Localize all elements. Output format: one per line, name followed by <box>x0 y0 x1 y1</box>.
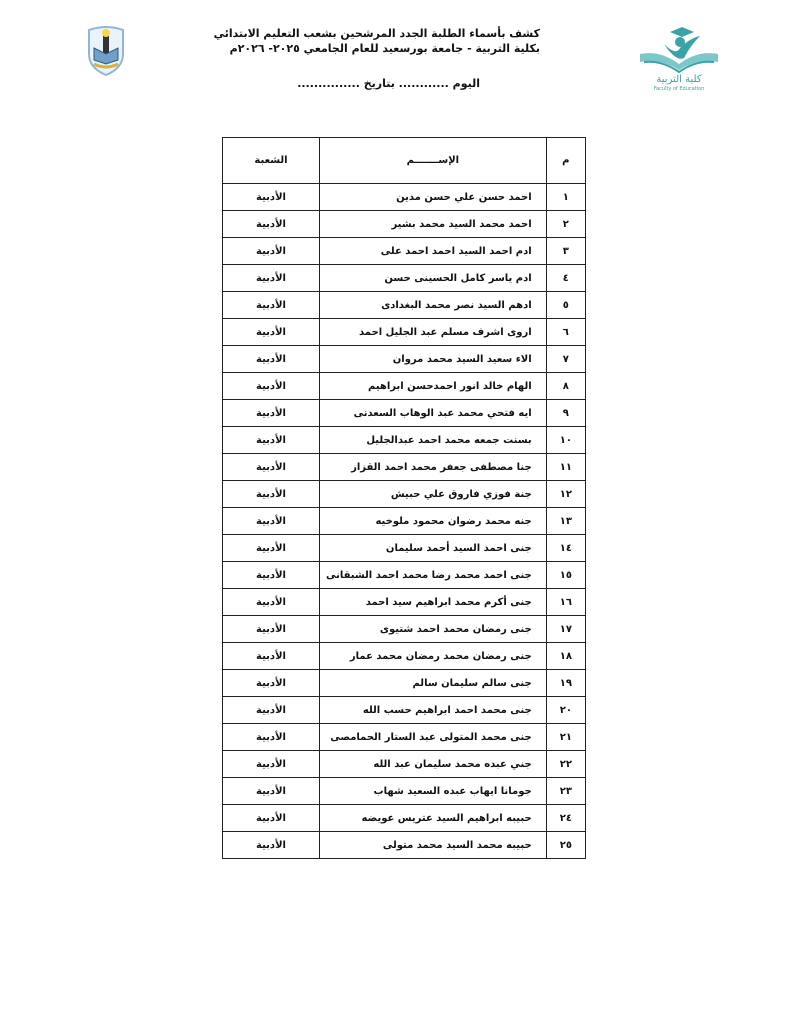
student-name: جنا مصطفى جعفر محمد احمد القزاز <box>320 454 547 481</box>
branch: الأدبية <box>223 832 320 859</box>
student-name: جنى محمد احمد ابراهيم حسب الله <box>320 697 547 724</box>
student-name: جنى رمضان محمد رمضان محمد عمار <box>320 643 547 670</box>
table-row: ٣ادم احمد السيد احمد احمد علىالأدبية <box>223 238 586 265</box>
table-row: ٢٣جومانا ايهاب عبده السعيد شهابالأدبية <box>223 778 586 805</box>
branch: الأدبية <box>223 643 320 670</box>
table-row: ٢٢جني عبده محمد سليمان عبد اللهالأدبية <box>223 751 586 778</box>
student-name: جنى رمضان محمد احمد شتيوى <box>320 616 547 643</box>
table-header-row: م الإســـــــم الشعبة <box>223 138 586 184</box>
date-line: اليوم ............ بتاريخ ..............… <box>300 77 480 90</box>
student-name: احمد حسن علي حسن مدين <box>320 184 547 211</box>
row-number: ٢ <box>546 211 585 238</box>
header-number: م <box>546 138 585 184</box>
open-book-graduate-icon: كلية التربية Faculty of Education <box>634 24 724 92</box>
table-row: ٦اروى اشرف مسلم عبد الجليل احمدالأدبية <box>223 319 586 346</box>
row-number: ٤ <box>546 265 585 292</box>
header-branch: الشعبة <box>223 138 320 184</box>
row-number: ١٧ <box>546 616 585 643</box>
shield-emblem-icon <box>86 24 126 76</box>
row-number: ٨ <box>546 373 585 400</box>
table-row: ٨الهام خالد انور احمدحسن ابراهيمالأدبية <box>223 373 586 400</box>
student-name: ادم احمد السيد احمد احمد على <box>320 238 547 265</box>
row-number: ١ <box>546 184 585 211</box>
table-row: ١٦جنى أكرم محمد ابراهيم سيد احمدالأدبية <box>223 589 586 616</box>
table-row: ٢احمد محمد السيد محمد بشيرالأدبية <box>223 211 586 238</box>
table-row: ٧الاء سعيد السيد محمد مروانالأدبية <box>223 346 586 373</box>
table-row: ١احمد حسن علي حسن مدينالأدبية <box>223 184 586 211</box>
row-number: ١٩ <box>546 670 585 697</box>
row-number: ٥ <box>546 292 585 319</box>
branch: الأدبية <box>223 454 320 481</box>
table-row: ١٥جنى احمد محمد رضا محمد احمد الشبقانىال… <box>223 562 586 589</box>
row-number: ٦ <box>546 319 585 346</box>
student-name: حبيبه ابراهيم السيد عتريس عويضه <box>320 805 547 832</box>
student-name: احمد محمد السيد محمد بشير <box>320 211 547 238</box>
student-name: جومانا ايهاب عبده السعيد شهاب <box>320 778 547 805</box>
student-name: جنى احمد محمد رضا محمد احمد الشبقانى <box>320 562 547 589</box>
student-name: جنى أكرم محمد ابراهيم سيد احمد <box>320 589 547 616</box>
title-line-2: بكلية التربية - جامعة بورسعيد للعام الجا… <box>240 41 540 56</box>
branch: الأدبية <box>223 535 320 562</box>
table-row: ٢٠جنى محمد احمد ابراهيم حسب اللهالأدبية <box>223 697 586 724</box>
row-number: ٢٢ <box>546 751 585 778</box>
branch: الأدبية <box>223 508 320 535</box>
table-row: ١٢جنة فوزي فاروق علي حبيشالأدبية <box>223 481 586 508</box>
table-row: ٢٥حبيبه محمد السيد محمد متولىالأدبية <box>223 832 586 859</box>
row-number: ٢٤ <box>546 805 585 832</box>
branch: الأدبية <box>223 562 320 589</box>
document-header: كشف بأسماء الطلبة الجدد المرشحين بشعب ال… <box>240 26 540 56</box>
table-row: ٤ادم ياسر كامل الحسينى حسنالأدبية <box>223 265 586 292</box>
row-number: ١٠ <box>546 427 585 454</box>
row-number: ٢١ <box>546 724 585 751</box>
student-name: الاء سعيد السيد محمد مروان <box>320 346 547 373</box>
branch: الأدبية <box>223 481 320 508</box>
branch: الأدبية <box>223 400 320 427</box>
row-number: ١٢ <box>546 481 585 508</box>
student-name: ادهم السيد نصر محمد البغدادى <box>320 292 547 319</box>
student-name: بسنت جمعه محمد احمد عبدالجليل <box>320 427 547 454</box>
student-name: اروى اشرف مسلم عبد الجليل احمد <box>320 319 547 346</box>
student-name: ادم ياسر كامل الحسينى حسن <box>320 265 547 292</box>
svg-text:Faculty of Education: Faculty of Education <box>654 86 705 92</box>
student-name: الهام خالد انور احمدحسن ابراهيم <box>320 373 547 400</box>
branch: الأدبية <box>223 805 320 832</box>
row-number: ١٨ <box>546 643 585 670</box>
table-row: ١٣جنه محمد رضوان محمود ملوخيهالأدبية <box>223 508 586 535</box>
table-row: ١٧جنى رمضان محمد احمد شتيوىالأدبية <box>223 616 586 643</box>
branch: الأدبية <box>223 724 320 751</box>
row-number: ٢٠ <box>546 697 585 724</box>
row-number: ٢٣ <box>546 778 585 805</box>
row-number: ٢٥ <box>546 832 585 859</box>
branch: الأدبية <box>223 427 320 454</box>
branch: الأدبية <box>223 697 320 724</box>
row-number: ١٣ <box>546 508 585 535</box>
branch: الأدبية <box>223 238 320 265</box>
branch: الأدبية <box>223 292 320 319</box>
student-name: جنة فوزي فاروق علي حبيش <box>320 481 547 508</box>
branch: الأدبية <box>223 589 320 616</box>
student-name: جنى محمد المتولى عبد الستار الحمامصى <box>320 724 547 751</box>
faculty-of-education-logo: كلية التربية Faculty of Education <box>634 24 724 92</box>
student-name: ايه فتحي محمد عبد الوهاب السعدنى <box>320 400 547 427</box>
branch: الأدبية <box>223 670 320 697</box>
university-emblem-logo <box>86 24 126 76</box>
table-row: ١٩جنى سالم سليمان سالمالأدبية <box>223 670 586 697</box>
branch: الأدبية <box>223 211 320 238</box>
table-row: ٢١جنى محمد المتولى عبد الستار الحمامصىال… <box>223 724 586 751</box>
student-name: جنه محمد رضوان محمود ملوخيه <box>320 508 547 535</box>
student-name: جني عبده محمد سليمان عبد الله <box>320 751 547 778</box>
row-number: ٩ <box>546 400 585 427</box>
branch: الأدبية <box>223 373 320 400</box>
row-number: ١١ <box>546 454 585 481</box>
row-number: ١٦ <box>546 589 585 616</box>
title-line-1: كشف بأسماء الطلبة الجدد المرشحين بشعب ال… <box>240 26 540 41</box>
table-row: ١٠بسنت جمعه محمد احمد عبدالجليلالأدبية <box>223 427 586 454</box>
branch: الأدبية <box>223 346 320 373</box>
table-row: ١٤جنى احمد السيد أحمد سليمانالأدبية <box>223 535 586 562</box>
branch: الأدبية <box>223 319 320 346</box>
svg-text:كلية التربية: كلية التربية <box>656 74 701 85</box>
table-row: ٥ادهم السيد نصر محمد البغدادىالأدبية <box>223 292 586 319</box>
row-number: ١٤ <box>546 535 585 562</box>
branch: الأدبية <box>223 778 320 805</box>
table-row: ٢٤حبيبه ابراهيم السيد عتريس عويضهالأدبية <box>223 805 586 832</box>
table-row: ١٨جنى رمضان محمد رمضان محمد عمارالأدبية <box>223 643 586 670</box>
branch: الأدبية <box>223 265 320 292</box>
students-table: م الإســـــــم الشعبة ١احمد حسن علي حسن … <box>222 137 586 859</box>
row-number: ٣ <box>546 238 585 265</box>
header-name: الإســـــــم <box>320 138 547 184</box>
branch: الأدبية <box>223 184 320 211</box>
branch: الأدبية <box>223 616 320 643</box>
row-number: ١٥ <box>546 562 585 589</box>
row-number: ٧ <box>546 346 585 373</box>
student-name: جنى سالم سليمان سالم <box>320 670 547 697</box>
student-name: جنى احمد السيد أحمد سليمان <box>320 535 547 562</box>
table-row: ٩ايه فتحي محمد عبد الوهاب السعدنىالأدبية <box>223 400 586 427</box>
branch: الأدبية <box>223 751 320 778</box>
student-name: حبيبه محمد السيد محمد متولى <box>320 832 547 859</box>
table-row: ١١جنا مصطفى جعفر محمد احمد القزازالأدبية <box>223 454 586 481</box>
